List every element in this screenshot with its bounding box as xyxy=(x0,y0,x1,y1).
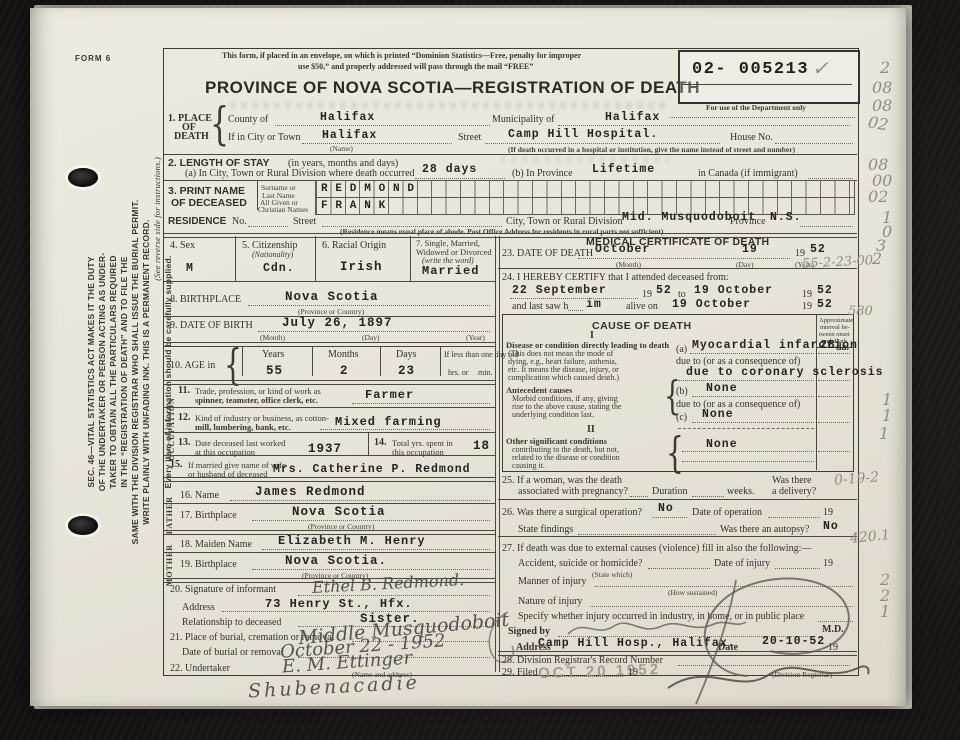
margin-note: 02 xyxy=(867,112,890,134)
municipality-label: Municipality of xyxy=(492,114,555,125)
cell-divider xyxy=(235,236,236,281)
nature-label: Nature of injury xyxy=(518,596,582,607)
informant-relation-label: Relationship to deceased xyxy=(182,617,281,628)
margin-note: 1 xyxy=(880,602,890,621)
leader-line xyxy=(678,379,814,381)
leader-line xyxy=(275,124,490,126)
residence-province-label: Province xyxy=(730,216,766,227)
city-town-value: Halifax xyxy=(322,129,377,142)
leader-line xyxy=(682,460,814,462)
autopsy-value: No xyxy=(823,520,839,533)
mother-birth-value: Nova Scotia. xyxy=(285,554,387,568)
birthdate-value: July 26, 1897 xyxy=(282,316,393,330)
age-months-label: Months xyxy=(328,349,359,360)
other-label4: causing it. xyxy=(512,461,545,470)
operation-date-label: Date of operation xyxy=(692,507,762,518)
age-days-label: Days xyxy=(396,349,417,360)
stay-a-label: (a) In City, Town or Rural Division wher… xyxy=(185,168,415,179)
leader-line xyxy=(818,395,850,397)
margin-note: 0-19-2 xyxy=(833,469,879,488)
leader-line xyxy=(248,304,490,306)
certify-year1: 52 xyxy=(656,284,672,297)
sidebar-line: SEC. 46—VITAL STATISTICS ACT MAKES IT TH… xyxy=(86,157,97,587)
leader-line xyxy=(818,421,850,423)
mother-name-value: Elizabeth M. Henry xyxy=(278,534,426,548)
row-rule xyxy=(163,503,495,504)
residence-province-value: N.S. xyxy=(770,211,802,224)
row-rule xyxy=(498,536,857,537)
leader-line xyxy=(682,450,814,452)
certify-label: 24. I HEREBY CERTIFY that I attended dec… xyxy=(502,272,729,283)
s12-value: Mixed farming xyxy=(335,415,442,429)
margin-note: 1 xyxy=(879,424,889,443)
filed-label: 29. Filed xyxy=(502,667,538,678)
leader-line xyxy=(808,177,853,179)
age-min-label: min. xyxy=(478,368,492,377)
marital-value: Married xyxy=(422,264,479,278)
margin-note: 1 xyxy=(882,406,892,425)
filed-date-stamp: OCT 20 1952 xyxy=(538,661,662,682)
birthdate-year-note: (Year) xyxy=(466,333,485,342)
cause-c-label: (c) xyxy=(676,412,687,423)
birthdate-label: 9. DATE OF BIRTH xyxy=(170,320,253,331)
margin-note: 420.1 xyxy=(849,527,891,547)
s11-label2: spinner, teamster, office clerk, etc. xyxy=(195,395,318,405)
leader-line xyxy=(818,352,850,354)
lastsaw-date: 19 October xyxy=(672,298,751,311)
filed-19: 19 xyxy=(628,667,638,678)
margin-note: 08 xyxy=(872,78,892,97)
delivery-label2: a delivery? xyxy=(772,486,816,497)
sidebar-line: IN THE “REGISTRATION OF DEATH” AND TO FI… xyxy=(119,157,130,587)
interval-header2: interval be- xyxy=(820,324,850,331)
name-note: (Name) xyxy=(330,144,353,153)
leader-line xyxy=(578,533,716,535)
leader-line xyxy=(630,495,648,497)
residence-label: RESIDENCE xyxy=(168,216,226,227)
cause-section-divider xyxy=(678,428,814,429)
antecedent-label4: underlying condition last. xyxy=(512,410,594,419)
row-rule xyxy=(163,407,495,408)
lastsaw-him: im xyxy=(586,298,602,311)
age-years-value: 55 xyxy=(266,364,283,378)
mother-birth-label: 19. Birthplace xyxy=(180,559,237,570)
birthplace-label: 8. BIRTHPLACE xyxy=(170,294,241,305)
birthdate-month-note: (Month) xyxy=(260,333,285,342)
leader-line xyxy=(558,124,850,126)
father-name-label: 16. Name xyxy=(180,490,219,501)
leader-line xyxy=(252,519,490,521)
stay-b-label: (b) In Province xyxy=(512,168,573,179)
certify-to-date: 19 October xyxy=(694,284,773,297)
registrar-signature-scrawl xyxy=(658,556,873,706)
city-town-label: If in City or Town xyxy=(228,132,300,143)
certify-from-value: 22 September xyxy=(512,284,607,297)
street-value: Camp Hill Hospital. xyxy=(508,128,658,141)
age-label: 10. AGE in xyxy=(170,360,215,371)
leader-line xyxy=(768,516,820,518)
leader-line xyxy=(248,225,288,227)
sidebar-line: OF THE UNDERTAKER OR PERSON ACTING AS UN… xyxy=(97,157,108,587)
undertaker-address-value: Shubenacadie xyxy=(248,672,421,703)
form-paper: FORM 6 SEC. 46—VITAL STATISTICS ACT MAKE… xyxy=(30,8,906,706)
interval-header3: tween onset xyxy=(819,331,850,338)
leader-line xyxy=(692,495,724,497)
form-title: PROVINCE OF NOVA SCOTIA—REGISTRATION OF … xyxy=(205,78,700,98)
leader-line xyxy=(568,309,583,311)
leader-line xyxy=(258,330,490,332)
cell-divider xyxy=(440,346,441,376)
lastsaw-year: 52 xyxy=(817,298,833,311)
leader-line xyxy=(302,142,452,144)
father-birth-label: 17. Birthplace xyxy=(180,510,237,521)
mail-notice-line2: use $50,” and properly addressed will pa… xyxy=(298,62,533,71)
undertaker-label: 22. Undertaker xyxy=(170,663,230,674)
cause-lead5: complication which caused death.) xyxy=(508,373,619,382)
bleed-through-text xyxy=(500,156,670,163)
operation-19: 19 xyxy=(823,507,833,518)
sex-value: M xyxy=(186,262,194,275)
leader-line xyxy=(298,594,490,596)
leader-line xyxy=(320,428,490,430)
leader-line xyxy=(485,142,720,144)
stamp-box-rule xyxy=(682,84,852,85)
autopsy-label: Was there an autopsy? xyxy=(720,524,809,535)
age-days-value: 23 xyxy=(398,364,415,378)
margin-note: 08 xyxy=(872,96,892,115)
residence-city-label: City, Town or Rural Division xyxy=(506,216,623,227)
form-number: FORM 6 xyxy=(75,54,111,63)
pregnancy-label1: 25. If a woman, was the death xyxy=(502,475,622,486)
stay-b-value: Lifetime xyxy=(592,163,655,176)
operation-value: No xyxy=(658,502,674,515)
informant-address-value: 73 Henry St., Hfx. xyxy=(265,597,413,611)
certify-19b: 19 xyxy=(802,289,812,300)
row-rule xyxy=(163,432,495,433)
cause-a-interval: 28 xyxy=(820,339,836,352)
municipality-value: Halifax xyxy=(605,111,660,124)
dod-day-value: 19 xyxy=(742,243,758,256)
age-hrs-label: hrs. or xyxy=(448,368,468,377)
leader-line xyxy=(545,675,623,677)
county-label: County of xyxy=(228,114,268,125)
leader-line xyxy=(818,379,850,381)
s13-value: 1937 xyxy=(308,442,342,456)
dod-year-value: 52 xyxy=(810,243,826,256)
residence-no-label: No. xyxy=(232,216,247,227)
leader-line xyxy=(222,610,490,612)
pregnancy-label2: associated with pregnancy? xyxy=(518,486,628,497)
cause-a-due-value: due to coronary sclerosis xyxy=(686,366,884,379)
age-months-value: 2 xyxy=(340,364,349,378)
residence-street-label: Street xyxy=(293,216,316,227)
certify-year2: 52 xyxy=(817,284,833,297)
s15-num: 15. xyxy=(170,459,183,470)
father-side-text: FATHER xyxy=(165,496,174,534)
s14-value: 18 xyxy=(473,439,490,453)
column-divider xyxy=(495,236,500,672)
s11-num: 11. xyxy=(178,385,190,396)
leader-line xyxy=(800,225,853,227)
s14-num: 14. xyxy=(374,437,387,448)
s12-num: 12. xyxy=(178,412,191,423)
cause-b-value: None xyxy=(706,382,738,395)
cause-a-label: (a) xyxy=(676,344,687,355)
cell-divider xyxy=(410,236,411,281)
house-no-label: House No. xyxy=(730,132,773,143)
leader-line xyxy=(692,395,814,397)
lastsaw-label1: and last saw h xyxy=(512,301,568,312)
stay-a-value: 28 days xyxy=(422,163,477,176)
mail-notice-line1: This form, if placed in an envelope, on … xyxy=(222,51,581,60)
section-rule xyxy=(163,154,857,155)
weeks-label: weeks. xyxy=(727,486,755,497)
cell-divider xyxy=(315,236,316,281)
name-title1: 3. PRINT NAME xyxy=(168,185,245,197)
row-rule xyxy=(163,281,495,282)
hospital-note: (If death occurred in a hospital or inst… xyxy=(508,145,795,154)
margin-note: 02 xyxy=(868,187,888,206)
s11-value: Farmer xyxy=(365,388,414,402)
row-rule xyxy=(163,552,495,553)
sidebar-line: WRITE PLAINLY WITH UNFADING INK. THIS IS… xyxy=(141,157,152,587)
age-years-label: Years xyxy=(262,349,284,360)
name-title2: OF DECEASED xyxy=(171,197,247,209)
leader-line xyxy=(352,402,490,404)
place-death: DEATH xyxy=(174,131,209,142)
citizenship-note: (Nationality) xyxy=(252,250,293,259)
bleed-through-text xyxy=(230,102,670,109)
place-brace: { xyxy=(210,98,229,151)
cell-divider xyxy=(380,346,381,376)
pen-mark xyxy=(478,608,524,668)
leader-line xyxy=(670,116,855,118)
birthplace-value: Nova Scotia xyxy=(285,290,379,304)
informant-address-label: Address xyxy=(182,602,215,613)
margin-note: 55-2-23-00 xyxy=(802,253,874,272)
row-rule xyxy=(498,499,857,500)
external-causes-label: 27. If death was due to external causes … xyxy=(502,543,811,554)
cell-divider xyxy=(368,432,369,455)
margin-note: 580 xyxy=(848,304,873,319)
accident-label: Accident, suicide or homicide? xyxy=(518,558,642,569)
cause-title: CAUSE OF DEATH xyxy=(592,320,692,332)
leader-line xyxy=(578,257,790,259)
double-rule xyxy=(163,477,495,482)
cause-c-value: None xyxy=(702,408,734,421)
birthplace-note: (Province or Country) xyxy=(298,307,364,316)
cause-due2-label: due to (or as a consequence of) xyxy=(676,399,800,410)
sex-label: 4. Sex xyxy=(170,240,195,251)
leader-line xyxy=(262,548,490,550)
leader-line xyxy=(818,450,850,452)
findings-label: State findings xyxy=(518,524,573,535)
street-label: Street xyxy=(458,132,481,143)
double-rule xyxy=(163,342,495,347)
racial-origin-label: 6. Racial Origin xyxy=(322,240,386,251)
burial-date-label: Date of burial or removal xyxy=(182,647,284,658)
mother-name-label: 18. Maiden Name xyxy=(180,539,252,550)
lastsaw-19: 19 xyxy=(802,301,812,312)
cause-roman2: II xyxy=(587,424,595,435)
operation-label: 26. Was there a surgical operation? xyxy=(502,507,642,518)
row-rule xyxy=(163,455,495,456)
s15-value: Mrs. Catherine P. Redmond xyxy=(273,463,471,476)
certify-19a: 19 xyxy=(642,289,652,300)
department-only-note: For use of the Department only xyxy=(706,103,806,112)
occupation-side-label: OCCUPATION xyxy=(161,389,179,469)
father-name-value: James Redmond xyxy=(255,485,366,499)
stay-c-label: in Canada (if immigrant) xyxy=(698,168,798,179)
registration-number: 02- 005213 xyxy=(692,60,809,79)
state-which-note: (State which) xyxy=(592,570,632,579)
delivery-label1: Was there xyxy=(772,475,811,486)
surname-value: REDMOND xyxy=(316,181,854,197)
leader-line xyxy=(690,352,814,354)
citizenship-value: Cdn. xyxy=(263,262,295,275)
leader-line xyxy=(692,421,814,423)
cell-divider xyxy=(242,346,243,376)
lastsaw-label2: alive on xyxy=(626,301,658,312)
given-label2: Christian Names xyxy=(258,205,308,214)
other-brace: { xyxy=(666,428,684,478)
leader-line xyxy=(230,499,490,501)
leader-line xyxy=(652,516,687,518)
manner-label: Manner of injury xyxy=(518,576,586,587)
informant-label: 20. Signature of informant xyxy=(170,584,276,595)
leader-line xyxy=(415,177,505,179)
double-rule xyxy=(163,380,495,385)
father-birth-value: Nova Scotia xyxy=(292,505,386,519)
sidebar-line: SAME WITH THE DIVISION REGISTRAR WHO SHA… xyxy=(130,157,141,587)
cell-divider xyxy=(312,346,313,376)
s13-num: 13. xyxy=(178,437,191,448)
scanned-death-registration: FORM 6 SEC. 46—VITAL STATISTICS ACT MAKE… xyxy=(0,0,960,740)
surname-letter-grid: REDMOND xyxy=(315,180,855,198)
dod-month-value: October xyxy=(595,243,650,256)
leader-line xyxy=(510,297,638,299)
leader-line xyxy=(775,142,853,144)
sidebar-line: TAKER TO OBTAIN ALL THE PARTICULARS REQU… xyxy=(108,157,119,587)
racial-origin-value: Irish xyxy=(340,260,383,274)
duration-label: Duration xyxy=(652,486,688,497)
pencil-checkmark: ✓ xyxy=(812,56,829,80)
interval-column-divider xyxy=(816,314,817,470)
birthdate-day-note: (Day) xyxy=(362,333,380,342)
s12-label2: mill, lumbering, bank, etc. xyxy=(195,422,291,432)
cause-b-label: (b) xyxy=(676,386,688,397)
county-value: Halifax xyxy=(320,111,375,124)
margin-note: 2 xyxy=(880,58,890,77)
margin-note: 2 xyxy=(872,249,882,268)
